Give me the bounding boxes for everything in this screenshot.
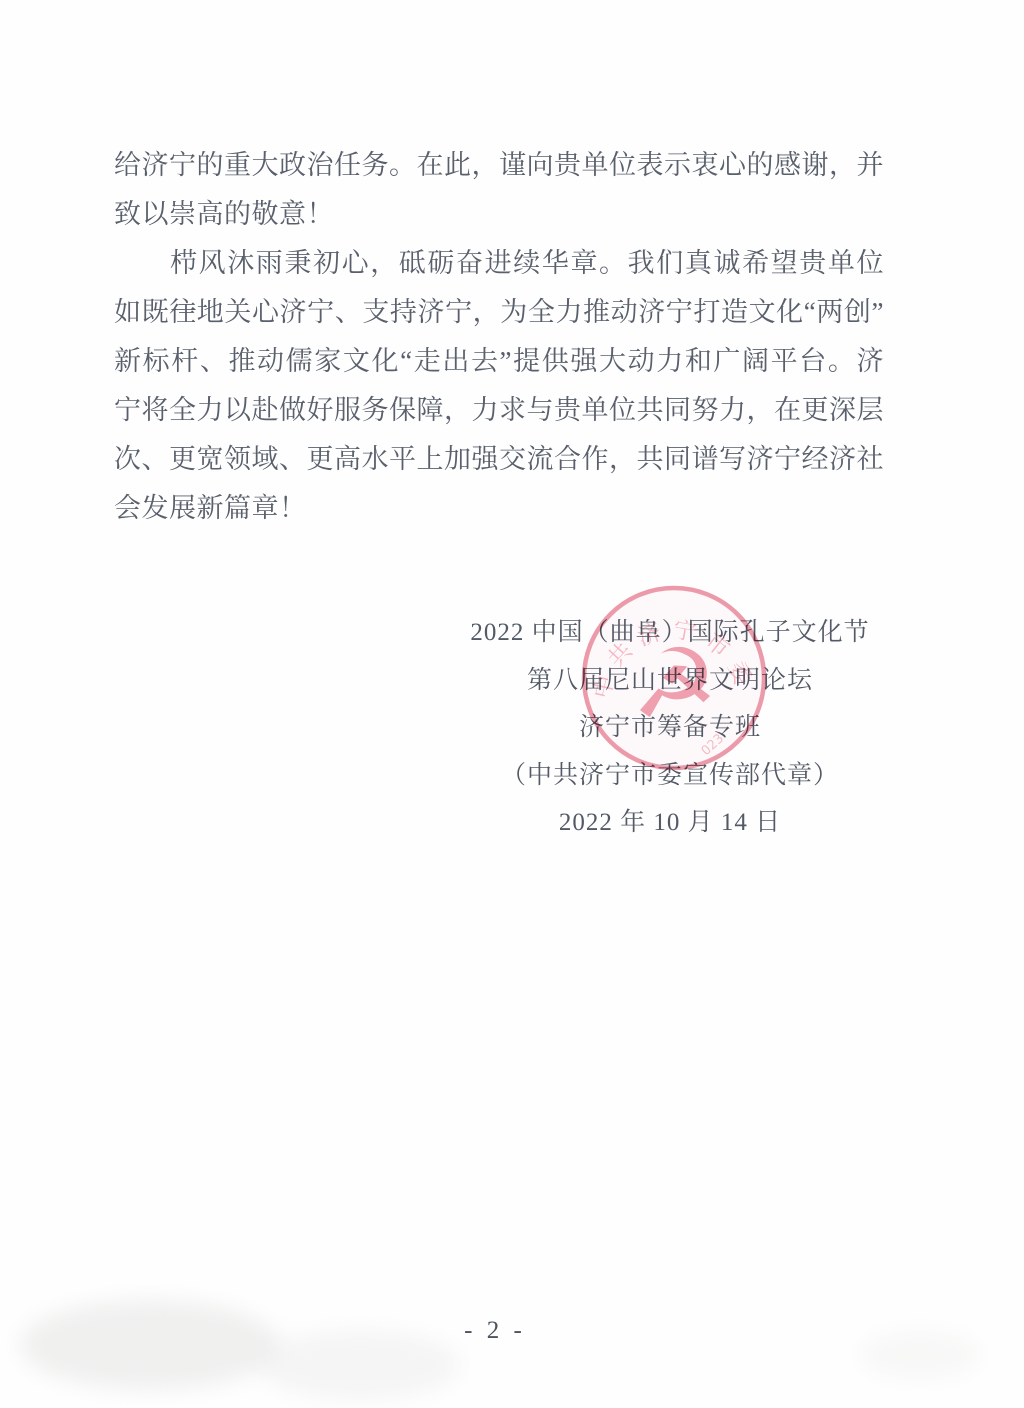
signature-date: 2022 年 10 月 14 日 xyxy=(400,799,940,847)
scan-smudge xyxy=(260,1330,460,1400)
body-line: 新标杆、推动儒家文化“走出去”提供强大动力和广阔平台。济 xyxy=(114,337,884,386)
body-line: 次、更宽领域、更高水平上加强交流合作，共同谱写济宁经济社 xyxy=(114,435,884,484)
body-line: 致以崇高的敬意！ xyxy=(114,190,884,239)
signature-org-line: 第八届尼山世界文明论坛 xyxy=(400,657,940,705)
signature-org-line: 2022 中国（曲阜）国际孔子文化节 xyxy=(400,609,940,657)
scanned-letter-page: 给济宁的重大政治任务。在此，谨向贵单位表示衷心的感谢，并 致以崇高的敬意！ 栉风… xyxy=(0,0,1024,1408)
page-number: - 2 - xyxy=(440,1316,550,1346)
scan-smudge xyxy=(20,1300,280,1390)
body-line: 会发展新篇章！ xyxy=(114,484,884,533)
signature-note-line: （中共济宁市委宣传部代章） xyxy=(400,752,940,800)
letter-body: 给济宁的重大政治任务。在此，谨向贵单位表示衷心的感谢，并 致以崇高的敬意！ 栉风… xyxy=(114,141,884,533)
scan-smudge xyxy=(860,1330,980,1380)
body-line: 如既往地关心济宁、支持济宁，为全力推动济宁打造文化“两创” xyxy=(114,288,884,337)
body-line: 栉风沐雨秉初心，砥砺奋进续华章。我们真诚希望贵单位一 xyxy=(114,239,884,288)
signature-org-line: 济宁市筹备专班 xyxy=(400,704,940,752)
body-line: 给济宁的重大政治任务。在此，谨向贵单位表示衷心的感谢，并 xyxy=(114,141,884,190)
signature-block: 2022 中国（曲阜）国际孔子文化节 第八届尼山世界文明论坛 济宁市筹备专班 （… xyxy=(400,609,940,847)
body-line: 宁将全力以赴做好服务保障，力求与贵单位共同努力，在更深层 xyxy=(114,386,884,435)
